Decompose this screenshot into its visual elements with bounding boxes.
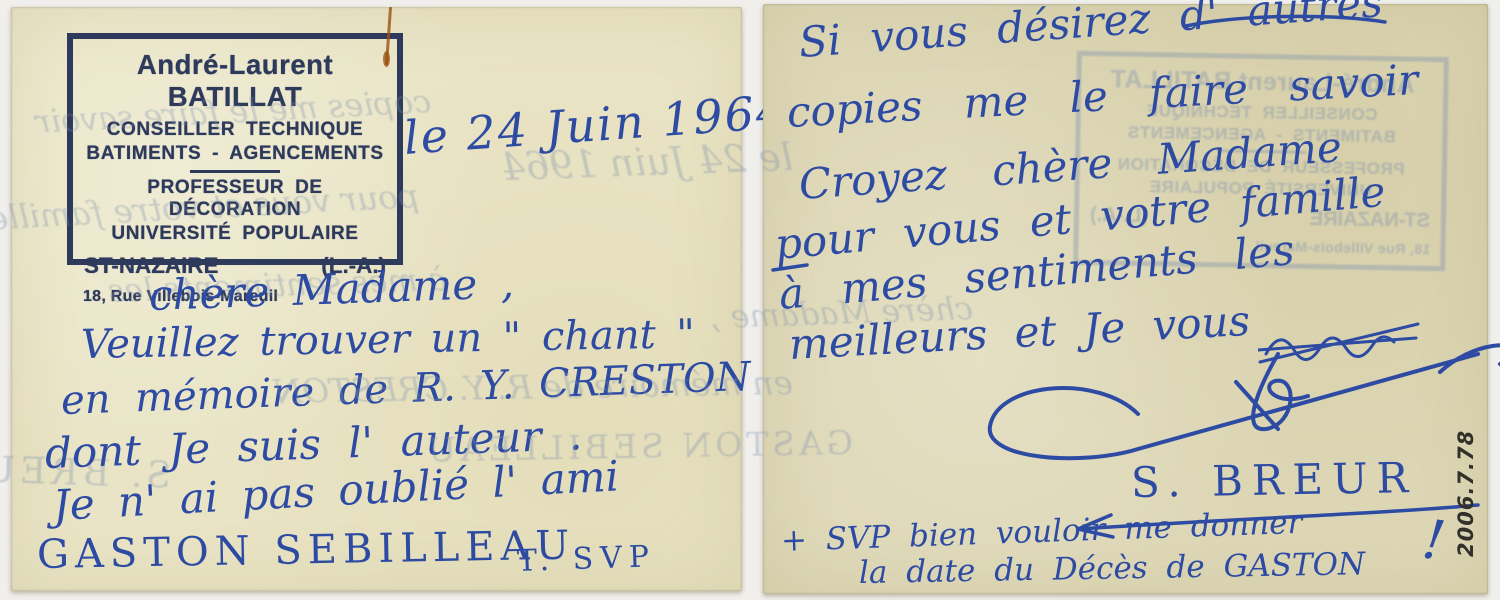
photo-backdrop: André-Laurent BATILLAT CONSEILLER TECHNI… [0,0,1500,600]
stamp-title-line: BATIMENTS - AGENCEMENTS [81,143,389,165]
signature-name: S. BREUR [1131,457,1418,504]
card-back: André-Laurent BATILLAT CONSEILLER TECHNI… [763,4,1488,594]
handwriting-line: GASTON SEBILLEAU [37,526,576,575]
ghost-handwriting: le 24 Juin 1964 [500,138,793,186]
turn-over-note: T. SVP [516,542,656,577]
ghost-handwriting: en mémoire de R. Y. CRESTON [273,366,793,408]
accession-number: 2006.7.78 [1454,447,1478,557]
postscript-line: la date du Décès de GASTON [859,549,1366,589]
ghost-handwriting: GASTON SEBILLEAU [424,426,853,466]
stamp-divider [190,170,280,173]
overline-stroke [1183,12,1388,28]
salutation-line: chère Madame , [148,262,514,317]
handwriting-line: Veuillez trouver un " chant " [81,314,696,365]
card-front: André-Laurent BATILLAT CONSEILLER TECHNI… [11,7,742,591]
stain-mark [383,51,390,67]
